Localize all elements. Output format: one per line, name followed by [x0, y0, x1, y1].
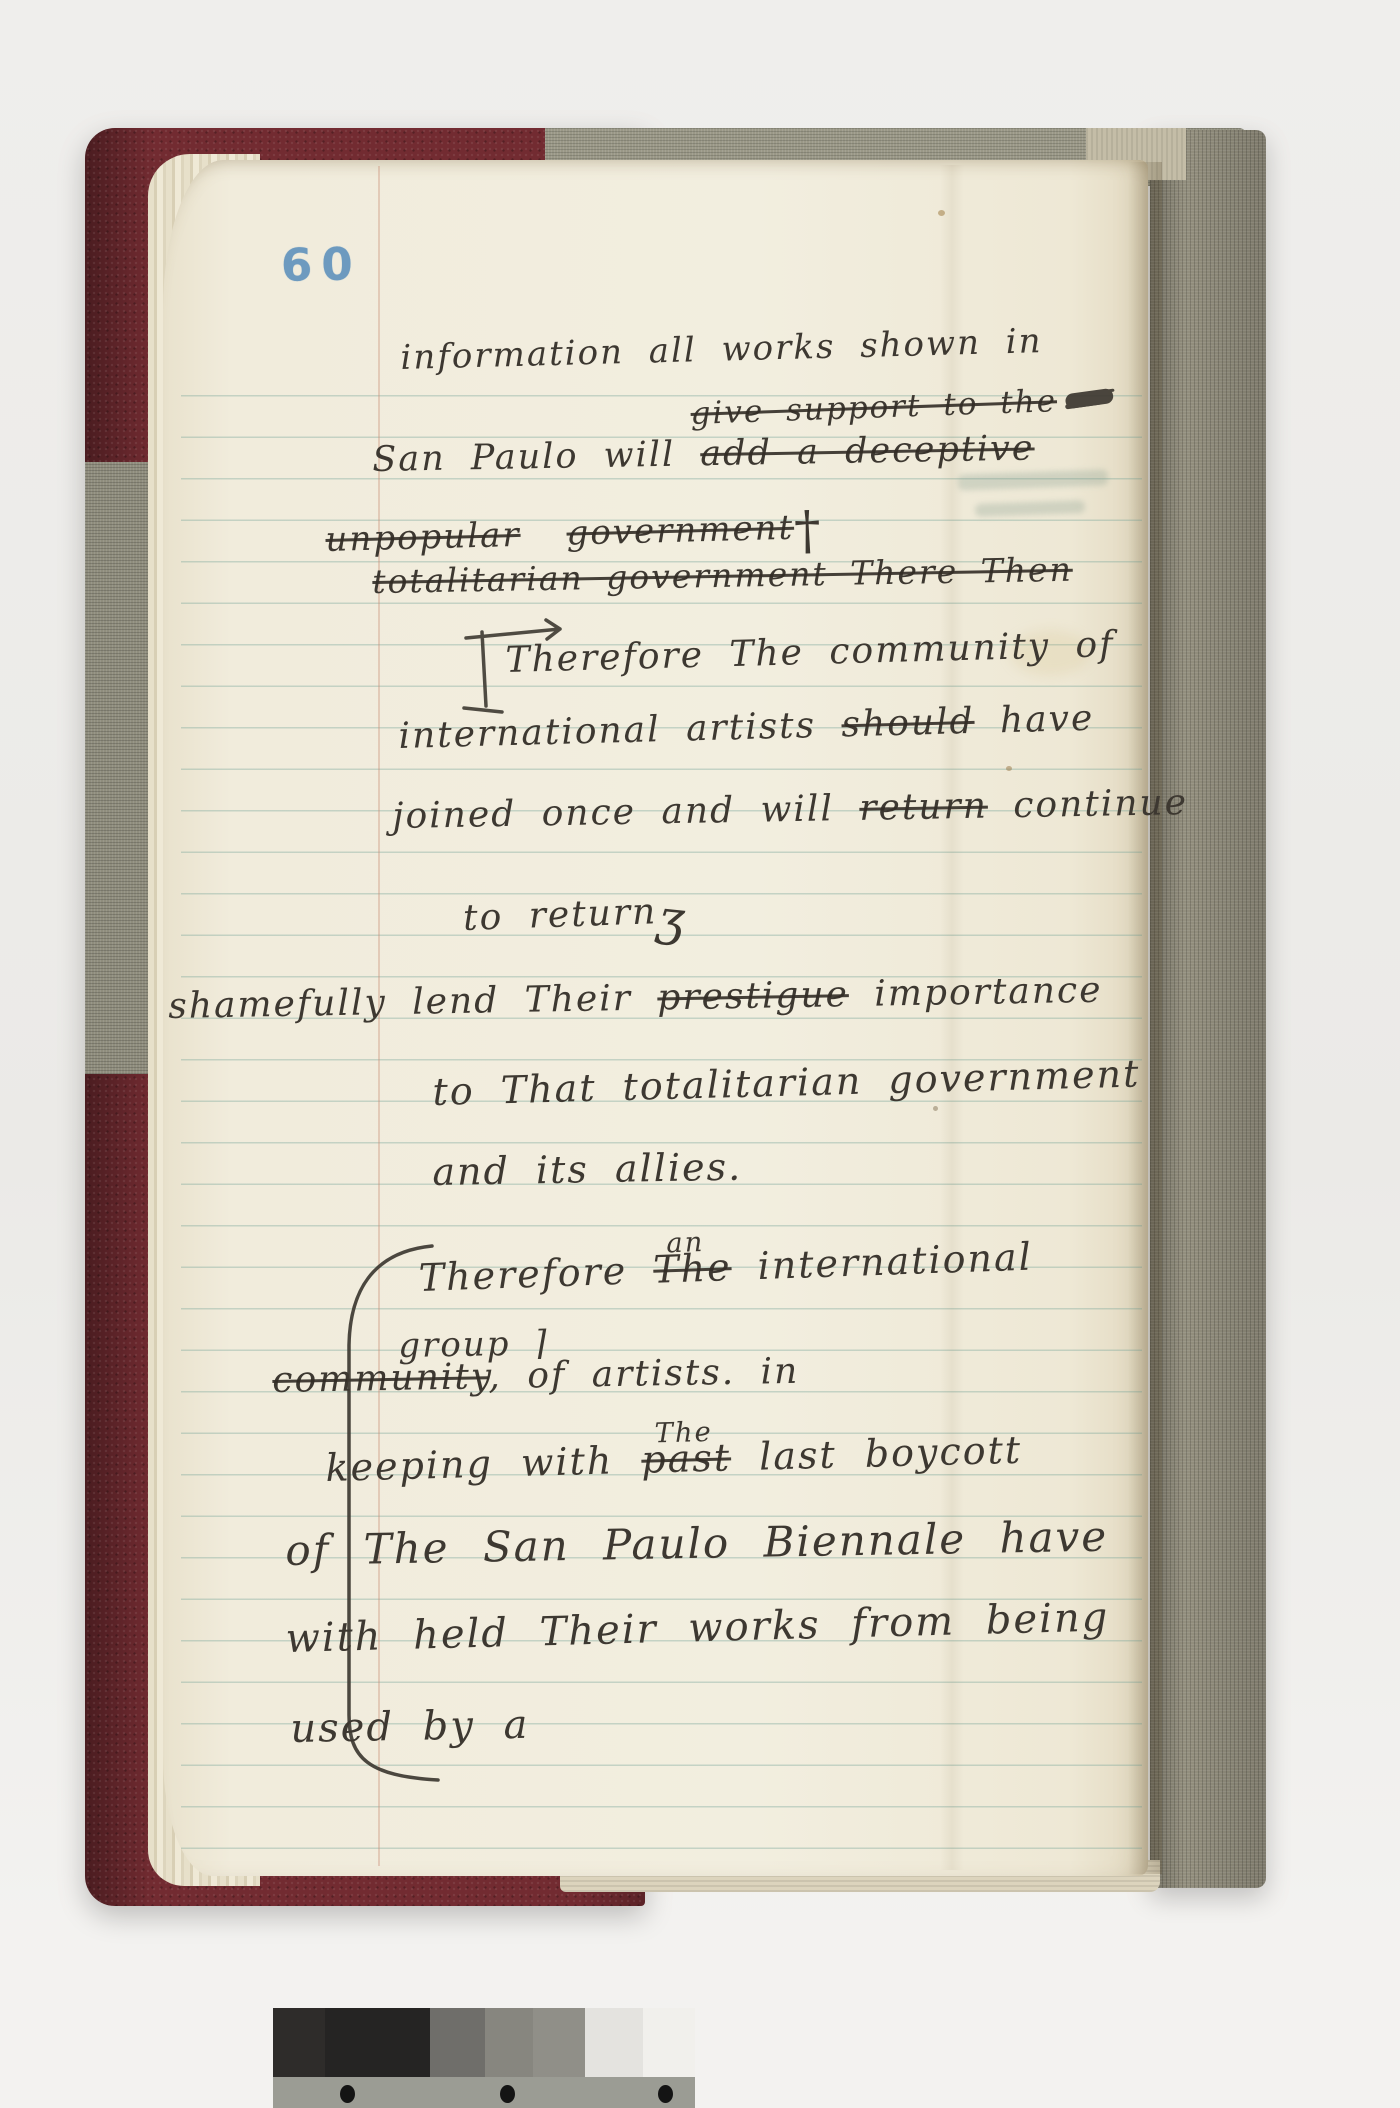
page-number-stamp: 60: [281, 237, 363, 291]
paper-speck: [938, 210, 945, 216]
ruled-lines: [181, 355, 1142, 1862]
calibration-patch: [533, 2008, 585, 2077]
calibration-patch-row: [273, 2008, 695, 2077]
calibration-patch: [585, 2008, 643, 2077]
paper-stain: [1010, 630, 1090, 676]
calibration-patch: [485, 2008, 533, 2077]
calibration-patch: [273, 2008, 325, 2077]
notebook-page: [163, 160, 1148, 1876]
grayscale-calibration-strip: [273, 2008, 695, 2108]
calibration-patch: [325, 2008, 430, 2077]
paper-speck: [933, 1106, 938, 1111]
cloth-back-cover-edge: [1150, 130, 1266, 1888]
page-curvature-shading: [940, 165, 964, 1870]
calibration-patch: [430, 2008, 485, 2077]
calibration-gray-bar: [273, 2077, 695, 2108]
calibration-patch: [643, 2008, 695, 2077]
gutter-crease-shadow: [1128, 162, 1162, 1874]
calibration-dot: [500, 2085, 515, 2103]
margin-rule-line: [378, 166, 380, 1866]
paper-speck: [1006, 766, 1012, 771]
calibration-dot: [658, 2085, 673, 2103]
calibration-dot: [340, 2085, 355, 2103]
photo-canvas: { "manuscript": { "page_number": "60", "…: [0, 0, 1400, 2108]
